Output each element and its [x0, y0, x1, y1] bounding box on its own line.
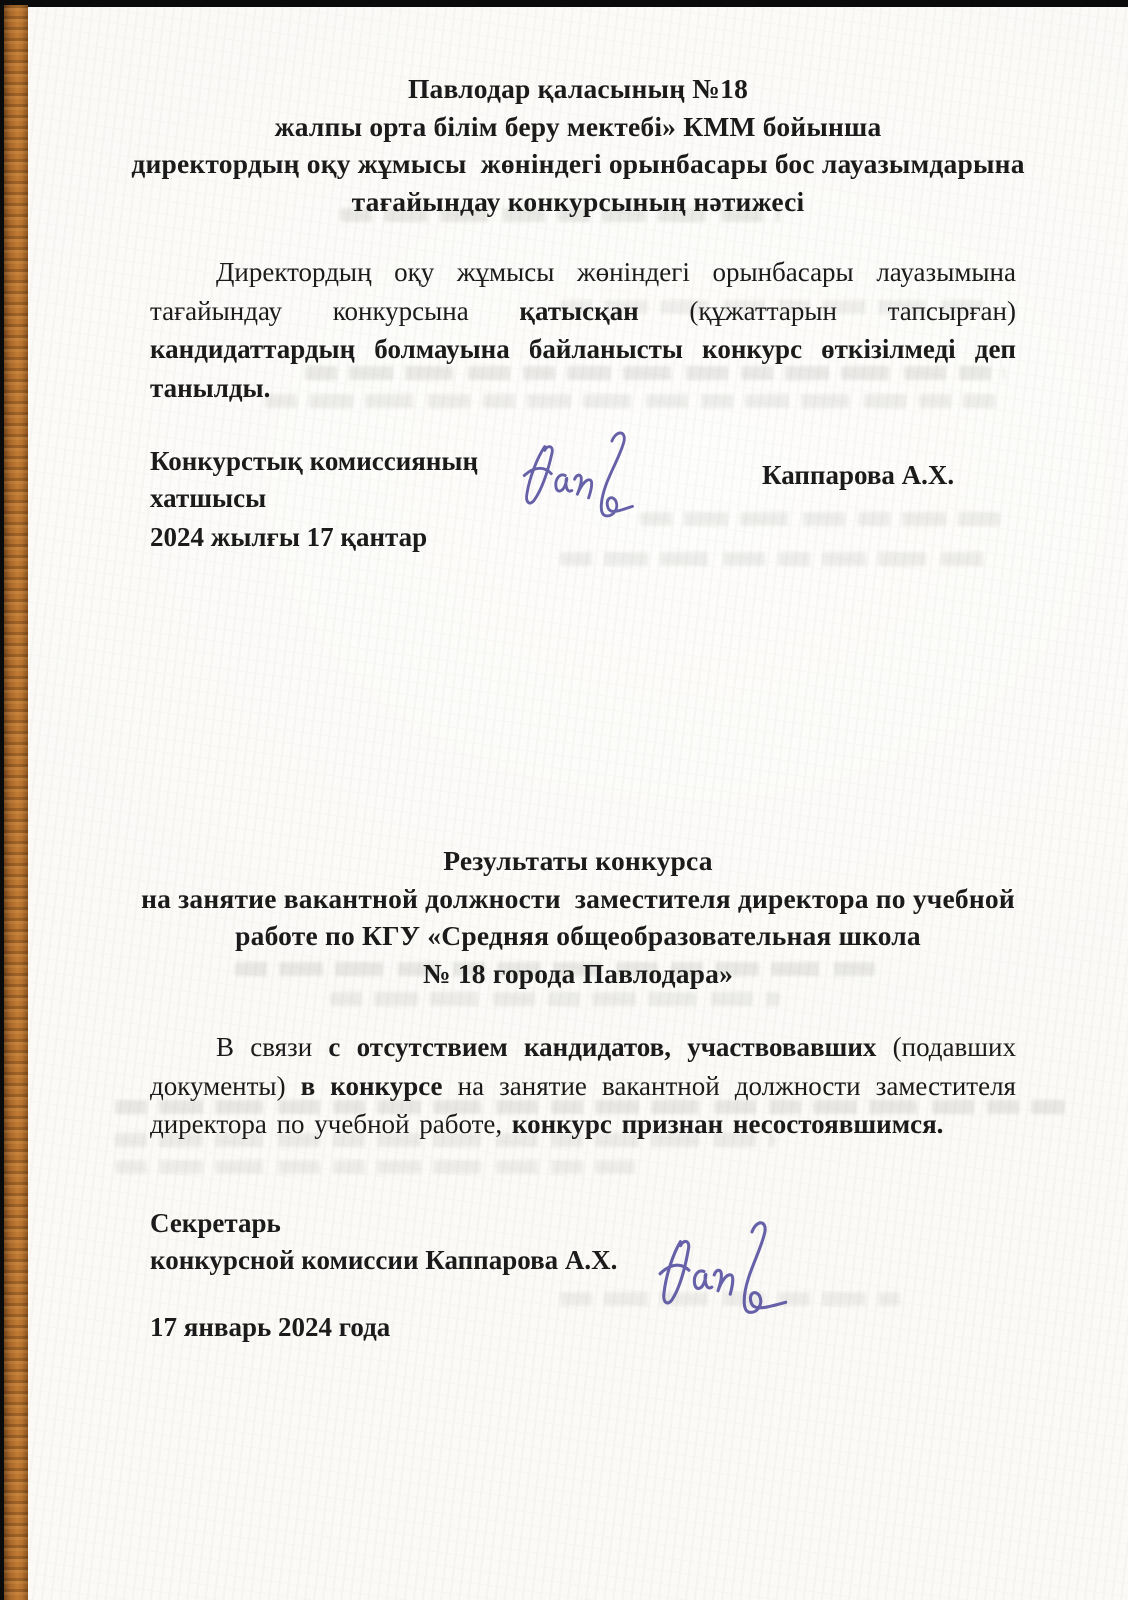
russian-paragraph: В связи с отсутствием кандидатов, участв… [150, 1028, 1016, 1144]
photo-top-edge [0, 0, 1128, 7]
russian-title-line-4: № 18 города Павлодара» [28, 955, 1128, 993]
kazakh-signatory-role-line-1: Конкурстық комиссияның [150, 443, 478, 480]
signature-icon [645, 1208, 801, 1334]
kazakh-title-line-2: жалпы орта білім беру мектебі» КММ бойын… [28, 108, 1128, 146]
scanned-document-photo: Павлодар қаласының №18 жалпы орта білім … [0, 0, 1128, 1600]
kazakh-signatory-role-line-2: хатшысы [150, 480, 478, 517]
russian-signatory-role-line-1: Секретарь [150, 1205, 617, 1242]
bleed-through-artifact [330, 992, 780, 1006]
russian-title-line-2: на занятие вакантной должности заместите… [28, 880, 1128, 918]
kazakh-signatory-name: Каппарова А.Х. [762, 460, 954, 491]
bleed-through-artifact [560, 552, 990, 566]
kazakh-title-line-1: Павлодар қаласының №18 [28, 70, 1128, 108]
russian-title-line-3: работе по КГУ «Средняя общеобразовательн… [28, 917, 1128, 955]
kazakh-title: Павлодар қаласының №18 жалпы орта білім … [28, 70, 1128, 220]
paper-sheet [28, 7, 1128, 1600]
kazakh-signatory-role: Конкурстық комиссияның хатшысы [150, 443, 478, 517]
russian-title: Результаты конкурса на занятие вакантной… [28, 842, 1128, 992]
clipboard-binding-strip [4, 5, 28, 1600]
russian-date: 17 январь 2024 года [150, 1312, 390, 1343]
signature-icon [513, 420, 653, 532]
kazakh-title-line-3: директордың оқу жұмысы жөніндегі орынбас… [28, 145, 1128, 183]
russian-signatory-role: Секретарь конкурсной комиссии Каппарова … [150, 1205, 617, 1279]
kazakh-paragraph: Директордың оқу жұмысы жөніндегі орынбас… [150, 253, 1016, 407]
bleed-through-artifact [640, 512, 1000, 526]
bleed-through-artifact [115, 1160, 635, 1174]
russian-title-line-1: Результаты конкурса [28, 842, 1128, 880]
kazakh-date: 2024 жылғы 17 қантар [150, 522, 427, 553]
kazakh-title-line-4: тағайындау конкурсының нәтижесі [28, 183, 1128, 221]
russian-signatory-role-line-2: конкурсной комиссии Каппарова А.Х. [150, 1242, 617, 1279]
